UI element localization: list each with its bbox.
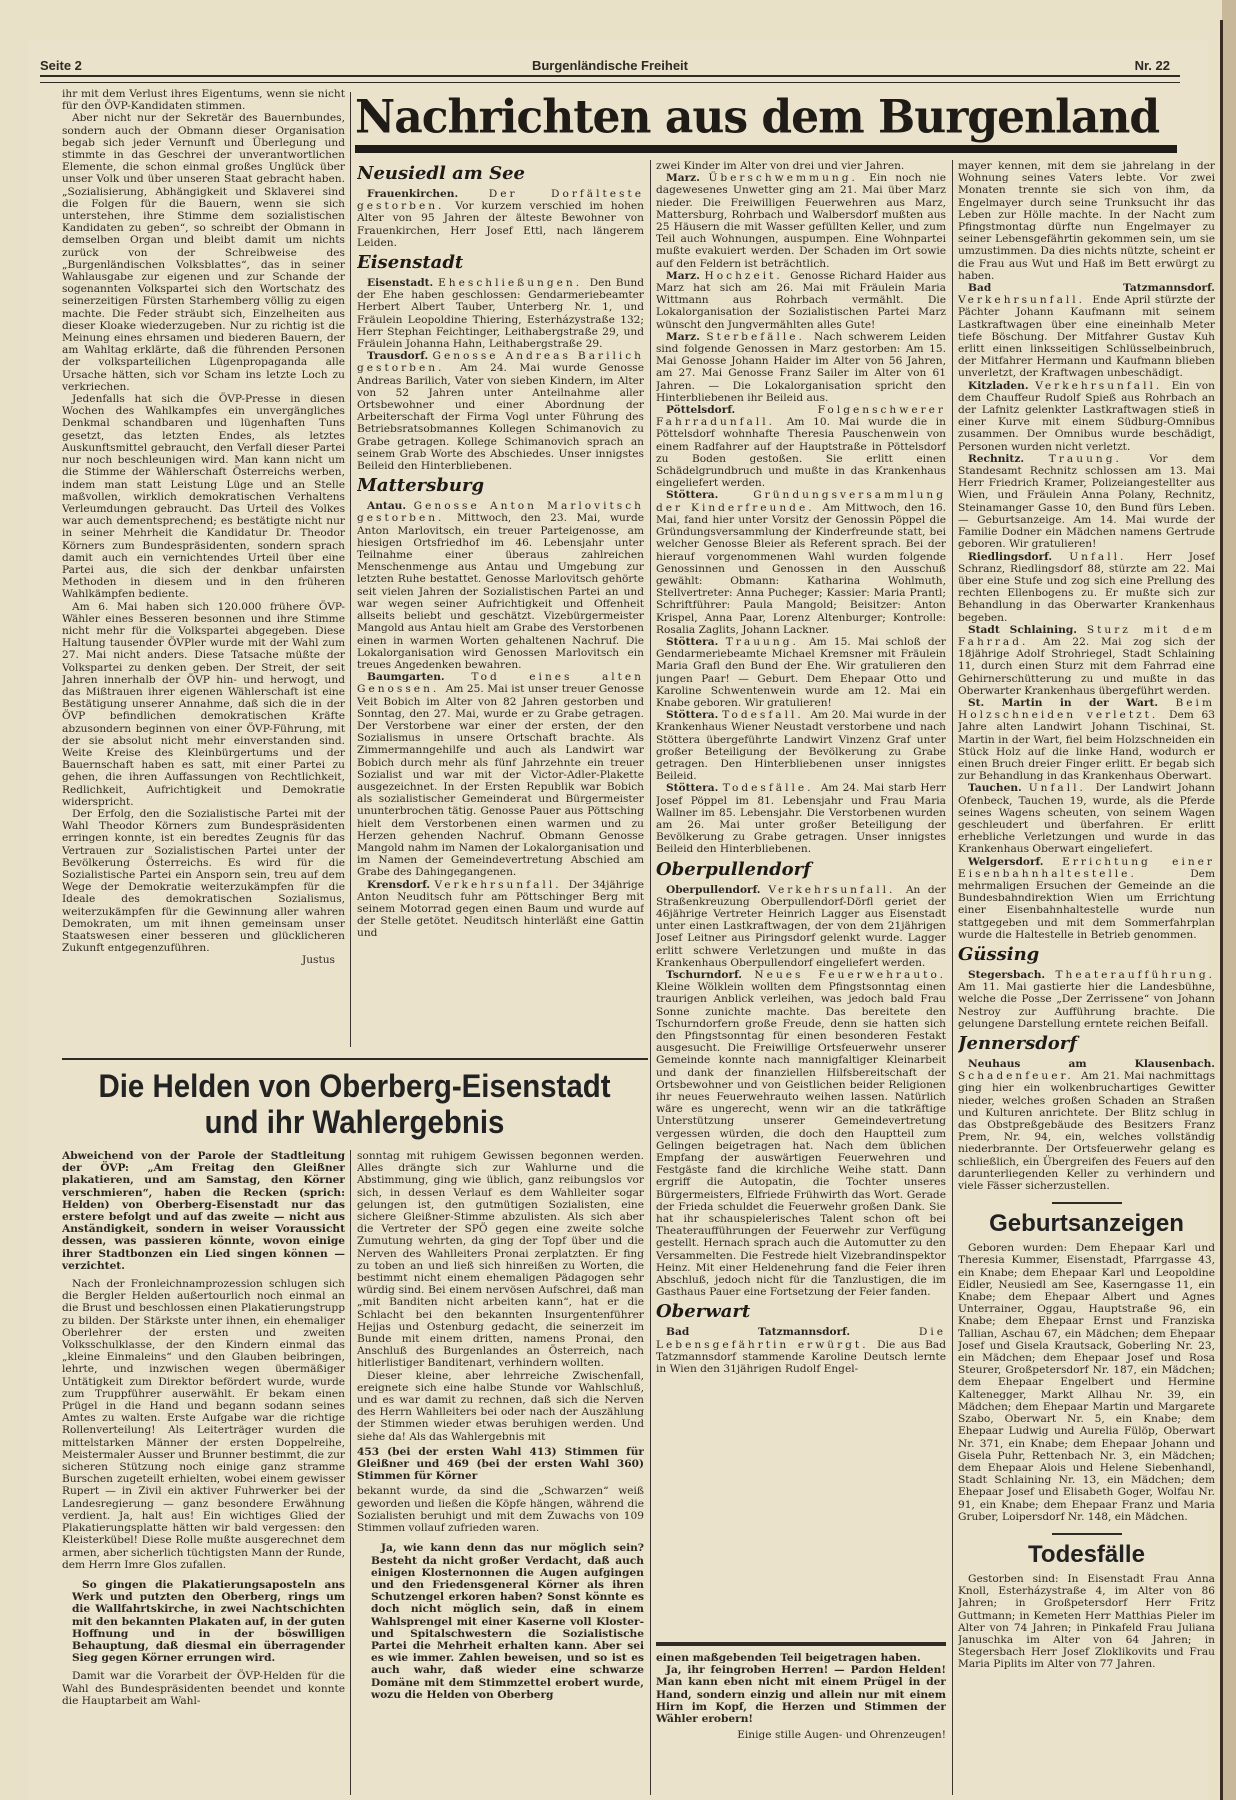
births-text: Geboren wurden: Dem Ehepaar Karl und The… [958,1242,1215,1523]
news-item: Stöttera. Todesfälle. Am 24. Mai starb H… [656,782,946,855]
item-text: Am 24. Mai wurde Genosse Andreas Barilic… [357,362,644,472]
divider [1052,1202,1122,1204]
news-item: Marz. Hochzeit. Genosse Richard Haider a… [656,270,946,331]
news-item: Eisenstadt. Eheschließungen. Den Bund de… [357,277,644,350]
item-place: Stegersbach. [968,969,1055,981]
news-item: Baumgarten. Tod eines alten Genossen. Am… [357,671,644,878]
news-item: Frauenkirchen. Der Dorfälteste gestorben… [357,188,644,249]
news-item: Oberpullendorf. Verkehrsunfall. An der S… [656,884,946,969]
article-signature: Einige stille Augen- und Ohrenzeugen! [656,1729,946,1741]
item-text: Am Mittwoch, den 16. Mai, fand hier unte… [656,502,946,636]
bold-paragraph: Ja, wie kann denn das nur möglich sein? … [371,1542,644,1701]
news-item: Stöttera. Todesfall. Am 20. Mai wurde in… [656,709,946,782]
item-text: Am 25. Mai ist unser treuer Genosse Veit… [357,683,644,878]
item-place: St. Martin in der Wart. [968,697,1176,709]
paragraph: Nach der Fronleichnamprozession schlugen… [62,1278,345,1571]
item-place: Antau. [367,500,414,512]
item-text: Am 21. Mai nachmittags ging hier ein wol… [958,1070,1215,1192]
news-item: Tauchen. Unfall. Der Landwirt Johann Ofe… [958,782,1215,855]
item-title: Schadenfeuer. [958,1070,1081,1082]
item-title: Verkehrsunfall. [435,879,569,891]
paragraph: Am 6. Mai haben sich 120.000 frühere ÖVP… [62,601,345,808]
deaths-text: Gestorben sind: In Eisenstadt Frau Anna … [958,1573,1215,1671]
item-text: Am 11. Mai gastierte hier die Landesbühn… [958,981,1215,1030]
column-3: zwei Kinder im Alter von drei und vier J… [656,160,946,1636]
births-heading: Geburtsanzeigen [958,1210,1215,1238]
region-heading: Oberwart [656,1300,946,1324]
page-edge [1222,0,1236,1800]
paragraph: Jedenfalls hat sich die ÖVP-Presse in di… [62,393,345,600]
column-1: ihr mit dem Verlust ihres Eigentums, wen… [62,88,345,1038]
headline-line-2: und ihr Wahlergebnis [85,1104,623,1140]
region-heading: Oberpullendorf [656,858,946,882]
item-place: Stadt Schlaining. [968,624,1087,636]
region-heading: Güssing [958,943,1215,967]
column-divider [350,1150,351,1795]
paragraph: Der Erfolg, den die Sozialistische Parte… [62,808,345,954]
page-header: Seite 2 Burgenländische Freiheit Nr. 22 [40,58,1180,76]
masthead-rule [355,145,1177,153]
item-place: Stöttera. [666,782,723,794]
column-divider [350,92,351,1047]
news-item: Bad Tatzmannsdorf. Die Lebensgefährtin e… [656,1326,946,1375]
news-item: Marz. Sterbefälle. Nach schwerem Leiden … [656,331,946,404]
issue-number: Nr. 22 [1135,58,1170,73]
paragraph: ihr mit dem Verlust ihres Eigentums, wen… [62,88,345,112]
item-title: Trauung. [726,636,809,648]
page-edge-line [1220,20,1223,1800]
article-intro: Abweichend von der Parole der Stadtleitu… [62,1150,345,1272]
item-title: Todesfälle. [723,782,821,794]
paragraph: Aber nicht nur der Sekretär des Bauernbu… [62,112,345,393]
column-4: mayer kennen, mit dem sie jahrelang in d… [958,160,1215,1795]
headline-line-1: Die Helden von Oberberg-Eisenstadt [85,1068,623,1104]
item-place: Marz. [666,270,705,282]
item-place: Oberpullendorf. [666,884,768,896]
news-item: Bad Tatzmannsdorf. Verkehrsunfall. Ende … [958,282,1215,380]
item-title: Neues Feuerwehrauto. [754,969,946,981]
item-place: Trausdorf. [367,350,432,362]
item-place: Bad Tatzmannsdorf. [968,282,1215,294]
article-headline: Die Helden von Oberberg-Eisenstadt und i… [85,1068,623,1140]
item-place: Frauenkirchen. [367,188,489,200]
news-item: St. Martin in der Wart. Beim Holzschneid… [958,697,1215,782]
news-item: Antau. Genosse Anton Marlovitsch gestorb… [357,500,644,671]
divider [1052,1533,1122,1535]
bold-paragraph: So gingen die Plakatierungsaposteln ans … [72,1579,345,1664]
column-divider [952,160,953,1795]
item-title: Verkehrsunfall. [958,294,1092,306]
item-place: Rechnitz. [968,453,1049,465]
item-title: Überschwemmung. [708,172,869,184]
paragraph: mayer kennen, mit dem sie jahrelang in d… [958,160,1215,282]
item-title: Sterbefälle. [706,331,814,343]
item-place: Stöttera. [666,489,753,501]
item-text: An der Straßenkreuzung Oberpullendorf-Dö… [656,884,946,969]
item-title: Trauung. [1049,453,1150,465]
item-place: Marz. [666,172,708,184]
article-column-right: einen maßgebenden Teil beigetragen haben… [656,1652,946,1792]
region-heading: Mattersburg [357,474,644,498]
paragraph: zwei Kinder im Alter von drei und vier J… [656,160,946,172]
item-title: Todesfall. [722,709,810,721]
newspaper-name: Burgenländische Freiheit [40,58,1180,73]
item-text: Ein noch nie dagewesenes Unwetter ging a… [656,172,946,269]
bold-paragraph: einen maßgebenden Teil beigetragen haben… [656,1652,946,1664]
item-place: Tschurndorf. [666,969,754,981]
signature: Justus [62,954,345,966]
article-rule [62,1058,648,1060]
item-place: Bad Tatzmannsdorf. [666,1326,919,1338]
item-title: Eheschließungen. [438,277,590,289]
article-column-middle: sonntag mit ruhigem Gewissen begonnen we… [357,1150,644,1795]
item-place: Stöttera. [666,636,726,648]
news-item: Neuhaus am Klausenbach. Schadenfeuer. Am… [958,1058,1215,1192]
item-place: Neuhaus am Klausenbach. [968,1058,1215,1070]
news-item: Rechnitz. Trauung. Vor dem Standesamt Re… [958,453,1215,551]
deaths-heading: Todesfälle [958,1541,1215,1569]
paragraph: Damit war die Vorarbeit der ÖVP-Helden f… [62,1670,345,1707]
column-2: Neusiedl am SeeFrauenkirchen. Der Dorfäl… [357,160,644,1046]
item-place: Riedlingsdorf. [968,551,1069,563]
news-item: Tschurndorf. Neues Feuerwehrauto. Kleine… [656,969,946,1298]
news-item: Marz. Überschwemmung. Ein noch nie dagew… [656,172,946,270]
item-place: Kitzladen. [968,380,1035,392]
item-title: Verkehrsunfall. [768,884,906,896]
region-heading: Neusiedl am See [357,162,644,186]
item-place: Tauchen. [968,782,1029,794]
item-text: Mittwoch, den 23. Mai, wurde Anton Marlo… [357,512,644,670]
news-item: Kitzladen. Verkehrsunfall. Ein von dem C… [958,380,1215,453]
item-title: Theateraufführung. [1055,969,1215,981]
news-item: Krensdorf. Verkehrsunfall. Der 34jährige… [357,879,644,940]
news-item: Pöttelsdorf. Folgenschwerer Fahrradunfal… [656,404,946,489]
item-title: Unfall. [1069,551,1146,563]
item-title: Unfall. [1029,782,1096,794]
news-item: Stadt Schlaining. Sturz mit dem Fahrrad.… [958,624,1215,697]
news-item: Stöttera. Gründungsversammlung der Kinde… [656,489,946,635]
news-item: Welgersdorf. Errichtung einer Eisenbahnh… [958,856,1215,941]
news-item: Trausdorf. Genosse Andreas Barilich gest… [357,350,644,472]
item-place: Eisenstadt. [367,277,438,289]
news-item: Stöttera. Trauung. Am 15. Mai schloß der… [656,636,946,709]
item-text: Kleine Wölklein wollten dem Pfingstsonnt… [656,981,946,1298]
item-place: Pöttelsdorf. [666,404,818,416]
item-place: Krensdorf. [367,879,435,891]
item-text: Ende April stürzte der Pächter Johann Ka… [958,294,1215,379]
region-heading: Eisenstadt [357,251,644,275]
paragraph: sonntag mit ruhigem Gewissen begonnen we… [357,1150,644,1370]
news-item: Riedlingsdorf. Unfall. Herr Josef Schran… [958,551,1215,624]
election-result: 453 (bei der ersten Wahl 413) Stimmen fü… [357,1446,644,1483]
article-column-left: Abweichend von der Parole der Stadtleitu… [62,1150,345,1795]
header-rule [40,75,1180,83]
item-place: Baumgarten. [367,671,471,683]
news-item: Stegersbach. Theateraufführung. Am 11. M… [958,969,1215,1030]
paragraph: Dieser kleine, aber lehrreiche Zwischenf… [357,1370,644,1443]
paragraph: bekannt wurde, da sind die „Schwarzen“ w… [357,1485,644,1534]
column-divider [650,160,651,1795]
region-heading: Jennersdorf [958,1032,1215,1056]
item-place: Marz. [666,331,706,343]
item-text: Vor dem Standesamt Rechnitz schlossen am… [958,453,1215,550]
bold-paragraph: Ja, ihr feingroben Herren! — Pardon Held… [656,1664,946,1725]
article-rule [656,1642,946,1646]
section-masthead: Nachrichten aus dem Burgenland [355,91,1175,146]
item-place: Welgersdorf. [968,856,1062,868]
item-title: Verkehrsunfall. [1035,380,1171,392]
item-title: Hochzeit. [705,270,791,282]
item-place: Stöttera. [666,709,722,721]
